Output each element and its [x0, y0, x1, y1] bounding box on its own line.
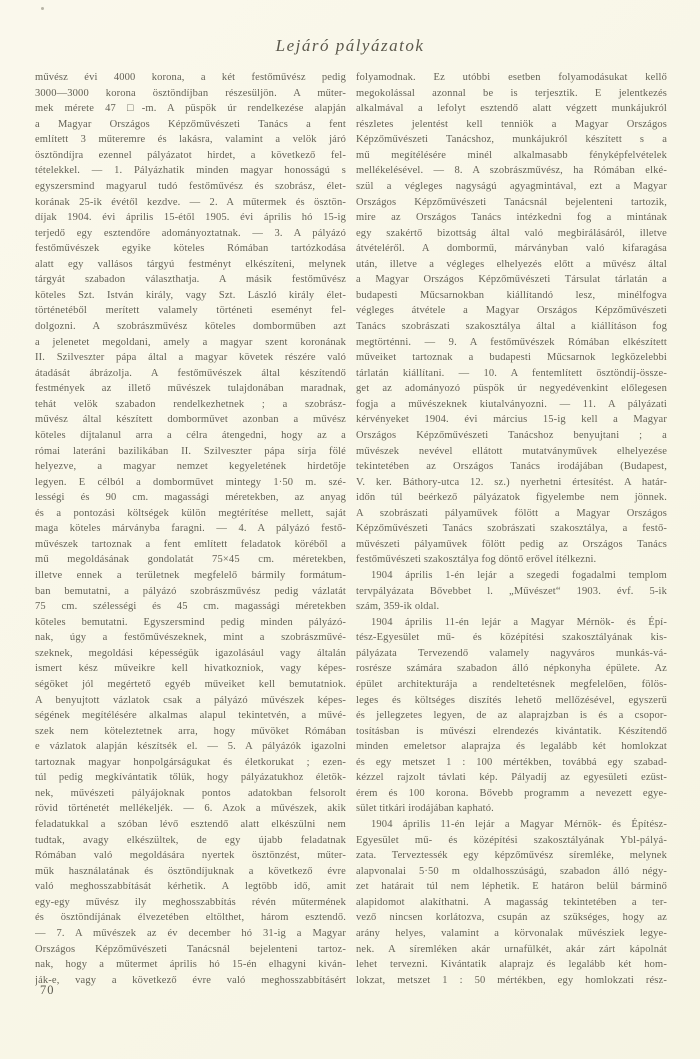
text-line: a Magyar Országos Képzőművészeti Társula… [356, 272, 667, 288]
text-line: alatt egy vallásos tárgyú festményt elké… [35, 257, 346, 273]
text-line: mű megoldásának gondolatát 75×45 cm. mér… [35, 552, 346, 568]
text-line: egyszersmind magyarul tudó festőművész é… [35, 179, 346, 195]
text-line: nek. A síremléken akár urnafülkét, akár … [356, 942, 667, 958]
text-line: maga köteles márványba faragni. — 4. A p… [35, 521, 346, 537]
text-line: minden emeletsor alaprajza és legalább k… [356, 739, 667, 755]
text-line: 1904 április 11-én lejár a Magyar Mérnök… [356, 615, 667, 631]
text-line: történetéből merített valamely történeti… [35, 303, 346, 319]
text-line: sület titkári irodájában kapható. [356, 801, 667, 817]
text-line: művész által készített domborművet azonb… [35, 412, 346, 428]
text-line: — 7. A művészek az év december hó 31-ig … [35, 926, 346, 942]
text-line: köteles díjtalanul arra a célra átengedn… [35, 428, 346, 444]
text-line: pályázata Tervezendő valamely nagyváros … [356, 646, 667, 662]
text-line: illetve ennek a területnek megfelelő bár… [35, 568, 346, 584]
text-line: ségöket jól megértető egyéb műveiket kel… [35, 677, 346, 693]
text-line: részletes jelentést kell tenniök a Magya… [356, 117, 667, 133]
text-line: tartoznak magyar honpolgárságukat és éle… [35, 755, 346, 771]
text-line: és a pontozási költségek külön megtéríté… [35, 506, 346, 522]
text-line: Rómában való megoldására nyertek ösztönz… [35, 848, 346, 864]
text-line: művész évi 4000 korona, a két festőművés… [35, 70, 346, 86]
text-line: 3000—3000 korona ösztöndíjban részesüljö… [35, 86, 346, 102]
text-line: való meghosszabbítását kérhetik. A legtö… [35, 879, 346, 895]
text-line: nak, úgy a festőművészeknek, mint a szob… [35, 630, 346, 646]
text-line: római lateráni bazilikában II. Szilveszt… [35, 444, 346, 460]
text-line: alkalmával a lefolyt esztendő alatt végz… [356, 101, 667, 117]
text-line: fogja a művészeknek kiutalványozni. — 11… [356, 397, 667, 413]
text-line: átvételéről. A dombormű, márványban való… [356, 241, 667, 257]
page-title: Lejáró pályázatok [0, 36, 700, 56]
text-line: szeknek, megoldási képességük igazolásáu… [35, 646, 346, 662]
text-line: budapesti Műcsarnokban kiállítandó lesz,… [356, 288, 667, 304]
text-line: tervpályázata Bővebbet l. „Művészet“ 190… [356, 584, 667, 600]
text-line: tételekkel. — 1. Pályázhatik minden magy… [35, 163, 346, 179]
text-line: mellékelésével. — 8. A szobrászművész, h… [356, 163, 667, 179]
text-line: folyamodnak. Ez utóbbi esetben folyamodá… [356, 70, 667, 86]
text-line: tész-Egyesület mű- és középítési szakosz… [356, 630, 667, 646]
text-line: festőművészeti szakosztálya fog döntő er… [356, 552, 667, 568]
ink-speck [41, 7, 44, 10]
text-line: és jellegzetes legyen, de az alaprajzban… [356, 708, 667, 724]
text-line: szül a végleges nagyságú agyagmintával, … [356, 179, 667, 195]
text-line: megtörténni. — 9. A festőművészek Rómába… [356, 335, 667, 351]
text-line: mek mérete 47 □-m. A püspök úr rendelkez… [35, 101, 346, 117]
text-line: alapvonalai 5·50 m oldalhosszúságú, szab… [356, 864, 667, 880]
text-line: időn túl beérkező pályázatok figyelembe … [356, 490, 667, 506]
text-line: szám, 359-ik oldal. [356, 599, 667, 615]
text-line: Országos Képzőművészeti Tanácsnál bejele… [35, 942, 346, 958]
text-line: Országos Képzőművészeti Tanácshoz benyuj… [356, 428, 667, 444]
text-line: vező nincsen korlátozva, csupán az szüks… [356, 910, 667, 926]
text-line: ban bemutatni, a pályázó szobrászművész … [35, 584, 346, 600]
text-line: dolgozni. A szobrászművész köteles dombo… [35, 319, 346, 335]
text-line: tosításban is művészi elrendezés kivánta… [356, 724, 667, 740]
text-line: túl pedig megkívántatik tőlük, hogy pály… [35, 770, 346, 786]
text-line: egy-egy művész ily meghosszabbítás révén… [35, 895, 346, 911]
text-line: és ösztöndíjának élvezetében eltölthet, … [35, 910, 346, 926]
text-line: egy szakértő bizottság által való megbir… [356, 226, 667, 242]
text-line: köteles bemutatni. Egyszersmind pedig mi… [35, 615, 346, 631]
text-line: legyen. E célból a domborművet mintegy 1… [35, 475, 346, 491]
text-line: a Magyar Országos Képzőművészeti Tanács … [35, 117, 346, 133]
text-line: lokzat, metszet 1 : 50 mértékben, egy ho… [356, 973, 667, 989]
text-line: II. Szilveszter pápa által a magyar köve… [35, 350, 346, 366]
text-line: ösztöndíjra ezennel pályázatot hirdet, a… [35, 148, 346, 164]
text-line: átadását ábrázolja. A festőművészek álta… [35, 366, 346, 382]
text-line: mű megítélésére minél alkalmasabb fényké… [356, 148, 667, 164]
text-line: festmények az illető művészek tulajdonáb… [35, 381, 346, 397]
text-line: megokolással azonnal be is terjesztik. E… [356, 86, 667, 102]
text-line: leges és költséges diszítés lehető mellő… [356, 693, 667, 709]
text-line: művészek nevével ellátott mutatványművek… [356, 444, 667, 460]
text-line: ségének megítélésére alkalmas alapul tek… [35, 708, 346, 724]
text-line: kézzel rajzolt távlati kép. Pályadíj az … [356, 770, 667, 786]
text-line: rövid történetét mellékeljék. — 6. Azok … [35, 801, 346, 817]
text-line: lehet tervezni. Kivántatik alaprajz és l… [356, 957, 667, 973]
text-line: korának 25-ik évétől kezdve. — 2. A műte… [35, 195, 346, 211]
text-line: 1904 április 1-én lejár a szegedi fogada… [356, 568, 667, 584]
text-line: épület architekturája a rendeltetésnek m… [356, 677, 667, 693]
text-line: arány helyes, valamint a körvonalak művé… [356, 926, 667, 942]
text-line: Képzőművészeti Tanácshoz, munkájukról ké… [356, 132, 667, 148]
text-line: ják-e, vagy a következő évre való meghos… [35, 973, 346, 989]
text-line: díjak 1904. évi április 15-étől 1905. év… [35, 210, 346, 226]
text-line: érem és 100 korona. Bővebb programm a ne… [356, 786, 667, 802]
text-line: feladatukkal a szóban lévő esztendő alat… [35, 817, 346, 833]
text-line: műveiket tartoznak a budapesti Műcsarnok… [356, 350, 667, 366]
text-line: 1904 április 11-én lejár a Magyar Mérnök… [356, 817, 667, 833]
text-line: Képzőművészeti Tanács szobrászati szakos… [356, 521, 667, 537]
text-line: helyezve, a magyar nemzet kegyeletének h… [35, 459, 346, 475]
text-line: végleges átvétele a Magyar Országos Képz… [356, 303, 667, 319]
text-line: 75 cm. szélességi és 45 cm. magassági mé… [35, 599, 346, 615]
text-line: V. ker. Báthory-utca 12. sz.) nyerhetni … [356, 475, 667, 491]
text-line: e vázlatok alapján készítsék el. — 5. A … [35, 739, 346, 755]
text-line: terjedő egy esztendőre adományoztatnak. … [35, 226, 346, 242]
text-line: tárgyát szabadon választhatja. A másik f… [35, 272, 346, 288]
text-line: mire az Országos Tanács intézkedni fog a… [356, 210, 667, 226]
text-line: nek, művészeti pályájoknak pontos adatok… [35, 786, 346, 802]
left-column: művész évi 4000 korona, a két festőművés… [35, 70, 346, 988]
text-line: get az adományozó püspök úr negyedévenki… [356, 381, 667, 397]
text-line: köteles Szt. István király, vagy Szt. Lá… [35, 288, 346, 304]
text-line: tudtak, avagy elkészültek, de egy újabb … [35, 833, 346, 849]
text-line: tehát velök szabadon rendelkezhetnek ; a… [35, 397, 346, 413]
text-line: Tanács szobrászati szakosztálya által a … [356, 319, 667, 335]
text-line: zata. Terveztessék egy képzőművész sírem… [356, 848, 667, 864]
text-line: festőművészek egyike köteles Rómában tar… [35, 241, 346, 257]
text-line: Egyesület mű- és középítési szakosztályá… [356, 833, 667, 849]
text-line: említett 3 műteremre és lakásra, valamin… [35, 132, 346, 148]
text-line: rosrésze számára szabadon álló népkonyha… [356, 661, 667, 677]
page-number: 70 [40, 983, 55, 998]
text-line: után, illetve a végleges elhelyezés előt… [356, 257, 667, 273]
text-line: tekintetében az Országos Tanács irodájáb… [356, 459, 667, 475]
text-line: szek nem köteleztetnek arra, hogy művöke… [35, 724, 346, 740]
text-line: kérvényeket 1904. évi március 15-ig kell… [356, 412, 667, 428]
text-line: lességi és 90 cm. magassági méretekben, … [35, 490, 346, 506]
text-line: a jelenetet megoldani, amely a magyar sz… [35, 335, 346, 351]
right-column: folyamodnak. Ez utóbbi esetben folyamodá… [356, 70, 667, 988]
text-line: zet határait túl nem léphetik. E határon… [356, 879, 667, 895]
text-line: Országos Képzőművészeti Tanácsnál bejele… [356, 195, 667, 211]
text-line: művészeti pályaművek fölött pedig az Ors… [356, 537, 667, 553]
text-line: ismert kész műveikre kell hivatkozniok, … [35, 661, 346, 677]
text-line: A szobrászati pályaművek fölött a Magyar… [356, 506, 667, 522]
text-line: A benyujtott vázlatok csak a pályázó műv… [35, 693, 346, 709]
text-line: alapidomot alakíthatni. A magasság tekin… [356, 895, 667, 911]
text-line: mük használatának és ösztöndíjuknak a kö… [35, 864, 346, 880]
text-line: művészek tartoznak a fent említett felad… [35, 537, 346, 553]
text-line: tárlatán kiállítani. — 10. A fentemlítet… [356, 366, 667, 382]
text-line: és egy metszet 1 : 100 mértékben, tovább… [356, 755, 667, 771]
text-line: nak, hogy a műtermet április hó 15-én el… [35, 957, 346, 973]
